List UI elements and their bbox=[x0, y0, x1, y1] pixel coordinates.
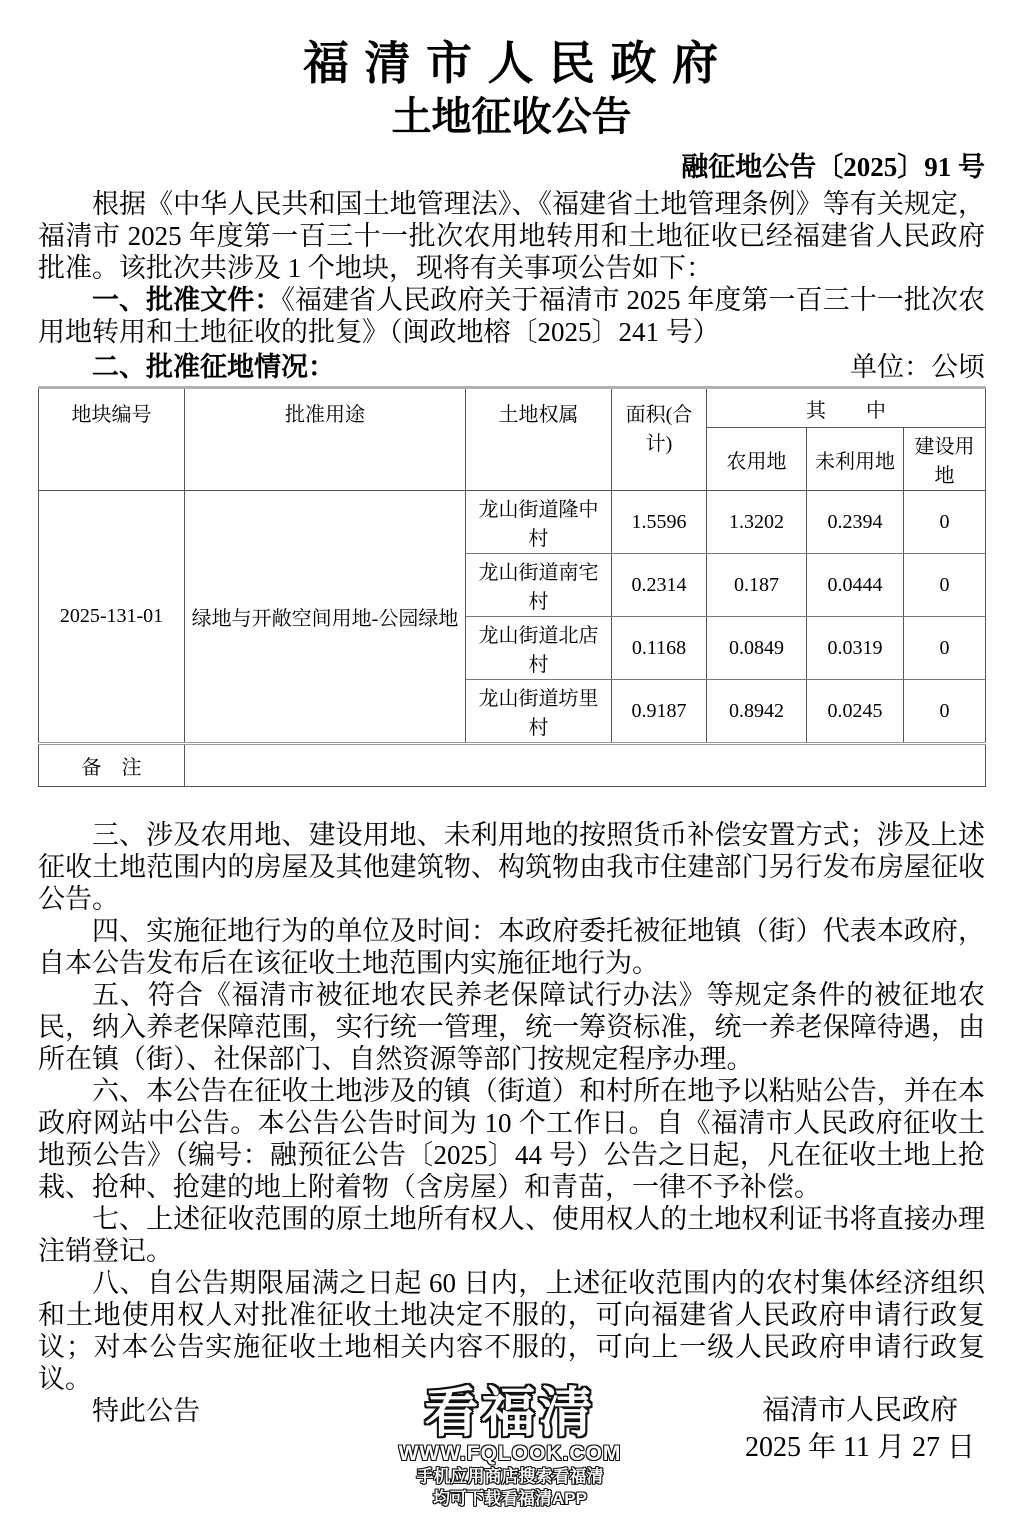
construction-cell: 0 bbox=[904, 680, 986, 744]
header-construction: 建设用地 bbox=[904, 428, 986, 491]
table-header-row-1: 地块编号 批准用途 土地权属 面积(合计) 其 中 bbox=[39, 388, 986, 428]
signature-date: 2025 年 11 月 27 日 bbox=[745, 1429, 975, 1466]
agricultural-cell: 0.8942 bbox=[707, 680, 807, 744]
body-paragraphs: 三、涉及农用地、建设用地、未利用地的按照货币补偿安置方式；涉及上述征收土地范围内… bbox=[38, 819, 985, 1427]
unused-cell: 0.0245 bbox=[807, 680, 904, 744]
document-footer: 看福清 WWW.FQLOOK.COM 手机应用商店搜索看福清 均可下载看福清AP… bbox=[0, 1384, 1020, 1516]
signature-block: 福清市人民政府 2025 年 11 月 27 日 bbox=[745, 1392, 975, 1466]
signature-name: 福清市人民政府 bbox=[745, 1392, 975, 1429]
area-total-cell: 0.2314 bbox=[612, 554, 707, 617]
construction-cell: 0 bbox=[904, 554, 986, 617]
unused-cell: 0.0444 bbox=[807, 554, 904, 617]
ownership-cell: 龙山街道隆中村 bbox=[466, 491, 612, 554]
agricultural-cell: 0.187 bbox=[707, 554, 807, 617]
unit-label: 单位：公顷 bbox=[850, 350, 985, 384]
watermark: 看福清 WWW.FQLOOK.COM 手机应用商店搜索看福清 均可下载看福清AP… bbox=[399, 1386, 622, 1510]
section-two-row: 二、批准征地情况： 单位：公顷 bbox=[38, 350, 985, 384]
page-subtitle: 土地征收公告 bbox=[38, 93, 985, 141]
paragraph-three: 三、涉及农用地、建设用地、未利用地的按照货币补偿安置方式；涉及上述征收土地范围内… bbox=[38, 819, 985, 915]
agricultural-cell: 1.3202 bbox=[707, 491, 807, 554]
area-total-cell: 0.1168 bbox=[612, 617, 707, 680]
paragraph-five: 五、符合《福清市被征地农民养老保障试行办法》等规定条件的被征地农民，纳入养老保障… bbox=[38, 979, 985, 1075]
area-total-cell: 1.5596 bbox=[612, 491, 707, 554]
watermark-site-url: WWW.FQLOOK.COM bbox=[399, 1442, 622, 1466]
intro-paragraph: 根据《中华人民共和国土地管理法》、《福建省土地管理条例》等有关规定，福清市 20… bbox=[38, 188, 985, 284]
ownership-cell: 龙山街道坊里村 bbox=[466, 680, 612, 744]
construction-cell: 0 bbox=[904, 617, 986, 680]
header-plot-id: 地块编号 bbox=[39, 388, 185, 491]
table-row: 2025-131-01 绿地与开敞空间用地-公园绿地 龙山街道隆中村 1.559… bbox=[39, 491, 986, 554]
section-one-paragraph: 一、批准文件：《福建省人民政府关于福清市 2025 年度第一百三十一批次农用地转… bbox=[38, 284, 985, 348]
construction-cell: 0 bbox=[904, 491, 986, 554]
paragraph-seven: 七、上述征收范围的原土地所有权人、使用权人的土地权利证书将直接办理注销登记。 bbox=[38, 1203, 985, 1267]
header-breakdown: 其 中 bbox=[707, 388, 986, 428]
header-unused: 未利用地 bbox=[807, 428, 904, 491]
usage-cell: 绿地与开敞空间用地-公园绿地 bbox=[185, 491, 466, 744]
header-area-total: 面积(合计) bbox=[612, 388, 707, 491]
ownership-cell: 龙山街道南宅村 bbox=[466, 554, 612, 617]
section-two-label: 二、批准征地情况： bbox=[38, 350, 335, 384]
header-usage: 批准用途 bbox=[185, 388, 466, 491]
section-one-label: 一、批准文件： bbox=[92, 285, 281, 315]
header-agricultural: 农用地 bbox=[707, 428, 807, 491]
remark-label: 备 注 bbox=[39, 744, 185, 787]
land-approval-table: 地块编号 批准用途 土地权属 面积(合计) 其 中 农用地 未利用地 建设用地 … bbox=[38, 386, 986, 787]
remark-value bbox=[185, 744, 986, 787]
watermark-tagline-1: 手机应用商店搜索看福清 bbox=[399, 1466, 622, 1488]
unused-cell: 0.2394 bbox=[807, 491, 904, 554]
document-number: 融征地公告〔2025〕91 号 bbox=[38, 151, 985, 183]
area-total-cell: 0.9187 bbox=[612, 680, 707, 744]
header-ownership: 土地权属 bbox=[466, 388, 612, 491]
paragraph-eight: 八、自公告期限届满之日起 60 日内，上述征收范围内的农村集体经济组织和土地使用… bbox=[38, 1267, 985, 1395]
paragraph-four: 四、实施征地行为的单位及时间：本政府委托被征地镇（街）代表本政府，自本公告发布后… bbox=[38, 915, 985, 979]
unused-cell: 0.0319 bbox=[807, 617, 904, 680]
page-title: 福 清 市 人 民 政 府 bbox=[38, 38, 985, 91]
paragraph-six: 六、本公告在征收土地涉及的镇（街道）和村所在地予以粘贴公告，并在本政府网站中公告… bbox=[38, 1075, 985, 1203]
remark-row: 备 注 bbox=[39, 744, 986, 787]
watermark-tagline-2: 均可下载看福清APP bbox=[399, 1488, 622, 1510]
watermark-logo: 看福清 bbox=[399, 1386, 622, 1441]
plot-id-cell: 2025-131-01 bbox=[39, 491, 185, 744]
agricultural-cell: 0.0849 bbox=[707, 617, 807, 680]
announcement-document: 福 清 市 人 民 政 府 土地征收公告 融征地公告〔2025〕91 号 根据《… bbox=[0, 0, 1020, 1516]
ownership-cell: 龙山街道北店村 bbox=[466, 617, 612, 680]
